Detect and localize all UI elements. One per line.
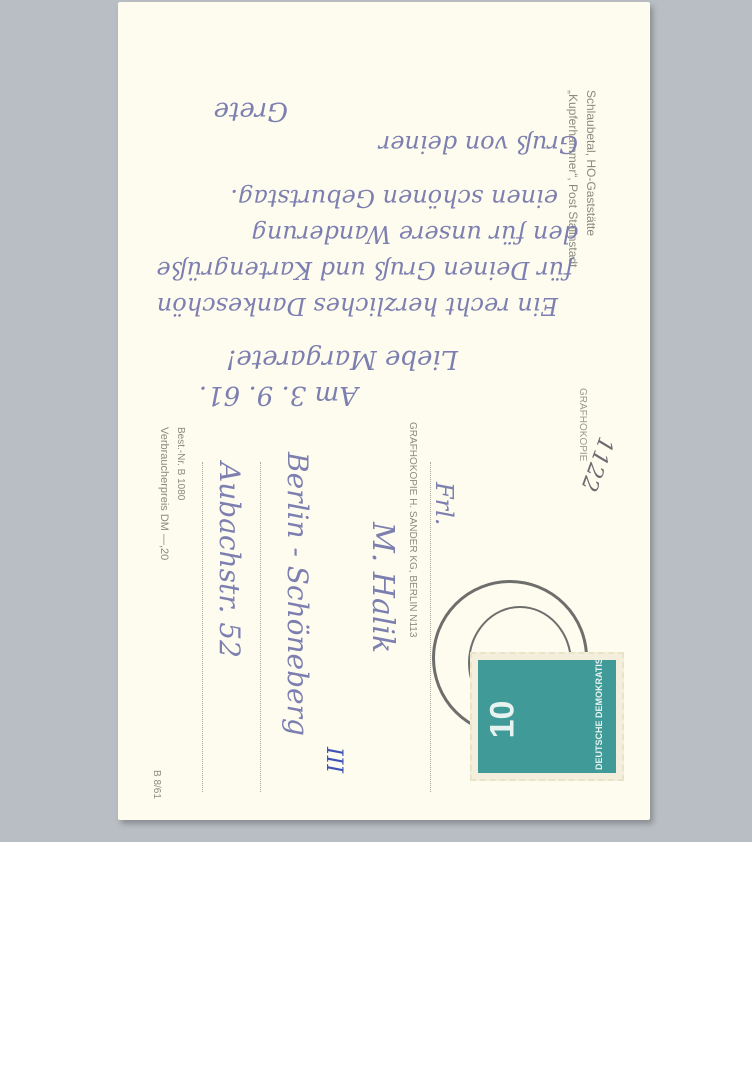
- order-number: Best.-Nr. B 1080: [175, 427, 186, 500]
- handwritten-greeting: Liebe Margarete!: [226, 344, 458, 374]
- message-line: Ein recht herzliches Dankeschön: [157, 292, 558, 320]
- print-code: B 8/61: [151, 770, 162, 799]
- publisher-line-1: Schlaubetal, HO-Gaststätte: [584, 90, 598, 236]
- message-line: Grete: [214, 96, 288, 126]
- price-line: Verbraucherpreis DM —,20: [158, 427, 170, 560]
- message-line: den für unsere Wanderung: [252, 220, 579, 248]
- recipient-line: Frl.: [430, 482, 458, 525]
- recipient-line: M. Halik: [365, 522, 400, 653]
- grafhokopie-logo: GRAFHOKOPIE: [577, 388, 588, 461]
- stamp-value: 10: [483, 701, 522, 739]
- stamp-country: DEUTSCHE DEMOKRATISCHE REPUBLIK: [594, 660, 604, 770]
- stamp-image: 10 DEUTSCHE DEMOKRATISCHE REPUBLIK: [478, 660, 616, 773]
- handwritten-date: Am 3. 9. 61.: [199, 380, 358, 410]
- address-line-2: [260, 462, 261, 792]
- message-line: für Deinen Gruß und Kartengrüße: [156, 256, 573, 284]
- postage-stamp: 10 DEUTSCHE DEMOKRATISCHE REPUBLIK: [470, 652, 624, 781]
- message-line: Gruß von deiner: [379, 130, 578, 158]
- recipient-line: Berlin - Schöneberg: [281, 452, 314, 736]
- annotation-roman: III: [321, 747, 346, 773]
- printer-line: GRAFHOKOPIE H. SANDER KG, BERLIN N113: [407, 422, 418, 637]
- message-line: einen schönen Geburtstag.: [230, 184, 558, 212]
- address-line-3: [202, 462, 203, 792]
- recipient-line: Aubachstr. 52: [213, 462, 246, 658]
